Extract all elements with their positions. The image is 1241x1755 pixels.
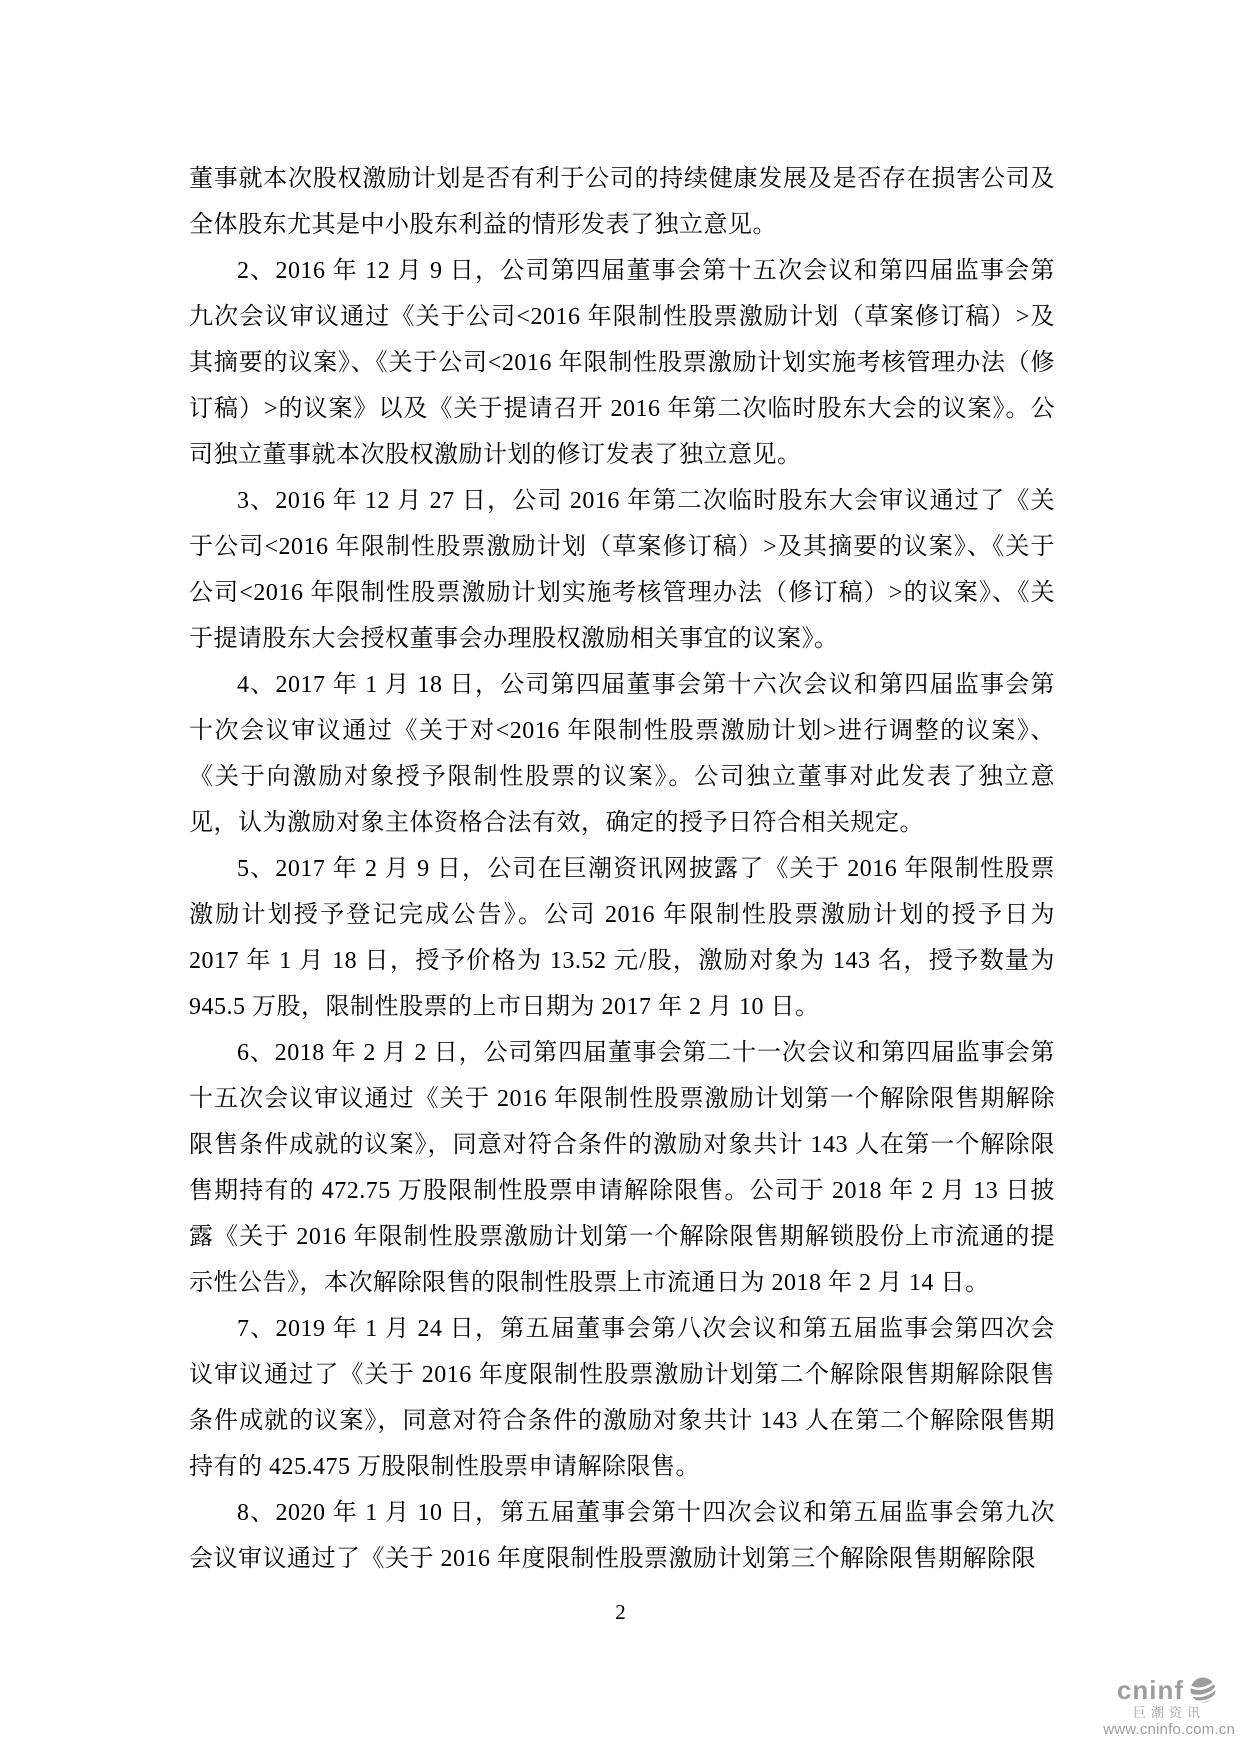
body-text: 董事就本次股权激励计划是否有利于公司的持续健康发展及是否存在损害公司及全体股东尤… <box>189 156 1055 1582</box>
cninfo-logo-row: cninf <box>1103 1676 1217 1704</box>
cninfo-chinese-name: 巨潮资讯 <box>1103 1705 1205 1721</box>
paragraph-item-5: 5、2017 年 2 月 9 日，公司在巨潮资讯网披露了《关于 2016 年限制… <box>189 846 1055 1030</box>
cninfo-brand-text: cninf <box>1117 1677 1184 1703</box>
paragraph-item-8: 8、2020 年 1 月 10 日，第五届董事会第十四次会议和第五届监事会第九次… <box>189 1490 1055 1582</box>
paragraph-item-7: 7、2019 年 1 月 24 日，第五届董事会第八次会议和第五届监事会第四次会… <box>189 1306 1055 1490</box>
cninfo-logo: cninf 巨潮资讯 www.cninfo.com.cn <box>1103 1676 1235 1739</box>
paragraph-item-6: 6、2018 年 2 月 2 日，公司第四届董事会第二十一次会议和第四届监事会第… <box>189 1030 1055 1306</box>
globe-icon <box>1189 1676 1217 1704</box>
paragraph-continuation: 董事就本次股权激励计划是否有利于公司的持续健康发展及是否存在损害公司及全体股东尤… <box>189 156 1055 248</box>
paragraph-item-2: 2、2016 年 12 月 9 日，公司第四届董事会第十五次会议和第四届监事会第… <box>189 248 1055 478</box>
cninfo-url: www.cninfo.com.cn <box>1103 1721 1235 1739</box>
document-page: 董事就本次股权激励计划是否有利于公司的持续健康发展及是否存在损害公司及全体股东尤… <box>0 0 1241 1755</box>
paragraph-item-3: 3、2016 年 12 月 27 日，公司 2016 年第二次临时股东大会审议通… <box>189 478 1055 662</box>
paragraph-item-4: 4、2017 年 1 月 18 日，公司第四届董事会第十六次会议和第四届监事会第… <box>189 662 1055 846</box>
page-number: 2 <box>0 1598 1241 1626</box>
